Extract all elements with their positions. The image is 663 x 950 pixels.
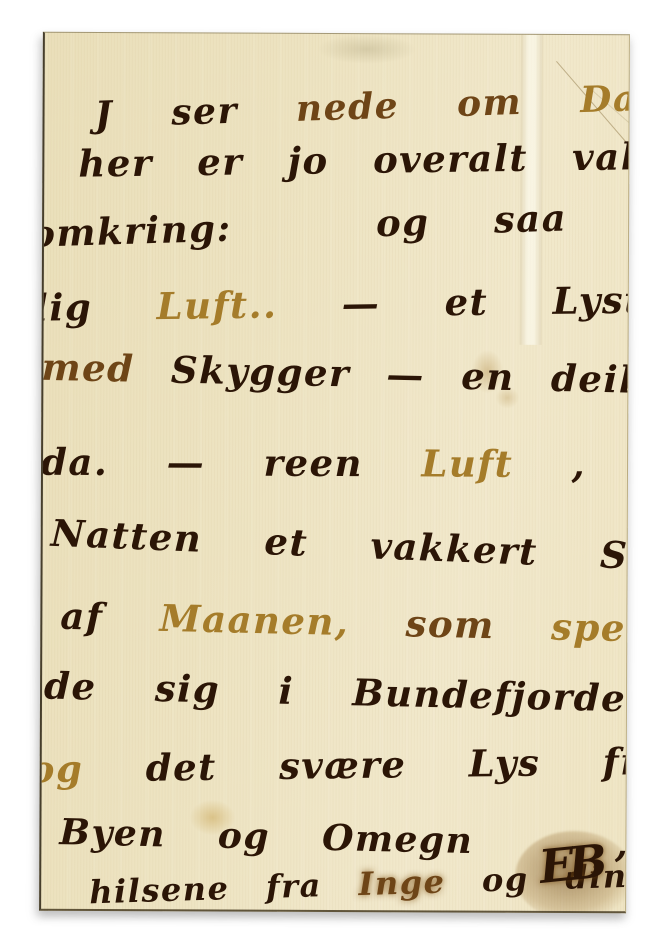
- handwriting-segment: om: [456, 81, 522, 125]
- handwriting-segment: Luft: [421, 441, 513, 485]
- handwriting-segment: nede: [295, 85, 399, 130]
- handwriting-segment: Maanen,: [159, 596, 350, 644]
- signature-monogram: EB: [537, 834, 604, 894]
- handwriting-segment: Dagen: [580, 75, 630, 121]
- handwriting-segment: de sig i Bundefjorden —: [44, 664, 630, 723]
- handwriting-segment: ser: [171, 90, 239, 134]
- scan-page: J ser nede om Dagen s her er jo overalt …: [0, 0, 663, 950]
- handwriting-line-7: Natten et vakkert Syn: [50, 512, 630, 579]
- handwriting-segment: det svære Lys fra: [145, 739, 630, 790]
- handwriting-line-6: da. — reen Luft , om: [41, 441, 630, 486]
- handwriting-line-10: og det svære Lys fra: [39, 740, 630, 791]
- handwriting-segment: J: [94, 93, 114, 136]
- handwriting-segment: , om: [572, 442, 630, 487]
- handwriting-line-4: lig Luft.. — et Lysthus: [39, 278, 630, 330]
- handwriting-segment: Luft..: [156, 283, 277, 329]
- letter-card: J ser nede om Dagen s her er jo overalt …: [39, 32, 630, 914]
- handwriting-segment: lig: [39, 285, 92, 330]
- handwriting-lines: J ser nede om Dagen s her er jo overalt …: [45, 33, 629, 36]
- handwriting-segment: — et: [341, 280, 488, 326]
- handwriting-segment: Lysthus: [552, 277, 630, 323]
- handwriting-segment: hilsene fra: [89, 866, 323, 911]
- handwriting-segment: Byen og Omegn: [59, 811, 474, 862]
- handwriting-segment: her er jo overalt: [78, 136, 528, 186]
- handwriting-segment: da. — reen: [41, 440, 363, 485]
- handwriting-segment: og saa den.: [375, 191, 630, 246]
- handwriting-segment: af: [60, 594, 104, 639]
- handwriting-segment: som: [405, 601, 495, 647]
- handwriting-line-1: J ser nede om Dagen s: [94, 74, 630, 136]
- handwriting-segment: og: [39, 747, 84, 792]
- handwriting-segment: — en deilig: [386, 352, 630, 402]
- handwriting-segment: Inge: [358, 862, 446, 903]
- handwriting-segment: omkring:: [39, 206, 232, 256]
- handwriting-segment: med: [41, 345, 135, 391]
- handwriting-line-8: af Maanen, som speilede!: [60, 595, 630, 653]
- handwriting-segment: Natten et vakkert Syn: [50, 511, 630, 580]
- handwriting-line-2: her er jo overalt vakkert: [78, 134, 630, 185]
- handwriting-segment: speilede!: [551, 604, 630, 652]
- handwriting-line-3: omkring: og saa den.: [39, 192, 630, 256]
- handwriting-segment: Skygger: [170, 348, 350, 396]
- handwriting-segment: vakkert: [572, 133, 630, 179]
- paper-smudge: [317, 34, 417, 64]
- handwriting-line-9: de sig i Bundefjorden —: [44, 665, 630, 723]
- handwriting-line-5: med Skygger — en deilig Veran: [41, 346, 630, 406]
